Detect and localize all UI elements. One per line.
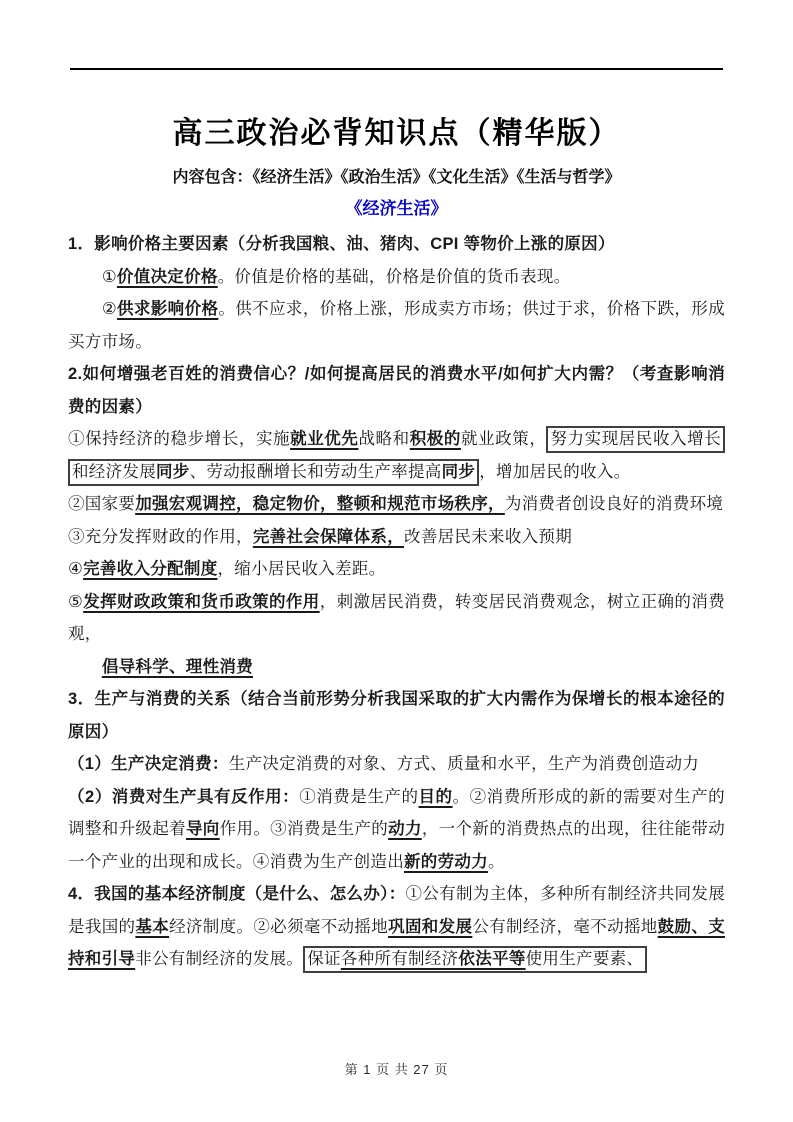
text-run: 。价值是价格的基础，价格是价值的货币表现。 — [218, 268, 571, 286]
paragraph: ③充分发挥财政的作用，完善社会保障体系，改善居民未来收入预期 — [68, 521, 725, 554]
paragraph: 4．我国的基本经济制度（是什么、怎么办）：①公有制为主体，多种所有制经济共同发展… — [68, 878, 725, 976]
text-run: ④ — [68, 560, 83, 578]
document-body: 1．影响价格主要因素（分析我国粮、油、猪肉、CPI 等物价上涨的原因）①价值决定… — [68, 228, 725, 976]
paragraph: ②供求影响价格。供不应求，价格上涨，形成卖方市场；供过于求，价格下跌，形成买方市… — [68, 293, 725, 358]
text-run: 巩固和发展 — [388, 918, 472, 936]
text-run: 作用。③消费是生产的 — [220, 820, 388, 838]
text-run: 同步 — [156, 463, 190, 481]
text-run: ②国家要 — [68, 495, 135, 513]
text-run: 供求影响价格 — [117, 300, 218, 318]
text-run: 目的 — [419, 788, 453, 806]
text-run: 。 — [488, 853, 505, 871]
text-run: ③充分发挥财政的作用， — [68, 528, 253, 546]
text-run: 2.如何增强老百姓的消费信心？/如何提高居民的消费水平/如何扩大内需？（考查影响… — [68, 365, 725, 416]
text-run: （2）消费对生产具有反作用： — [68, 788, 299, 806]
text-run: 4．我国的基本经济制度（是什么、怎么办）： — [68, 885, 406, 903]
document-page: 高三政治必背知识点（精华版） 内容包含：《经济生活》《政治生活》《文化生活》《生… — [0, 0, 793, 1122]
text-run: 积极的 — [410, 430, 461, 448]
section-heading: 《经济生活》 — [68, 194, 725, 224]
text-run: 改善居民未来收入预期 — [404, 528, 572, 546]
text-run: 完善社会保障体系， — [253, 528, 404, 546]
boxed-text: 保证各种所有制经济依法平等使用生产要素、 — [303, 946, 647, 973]
text-run: 、劳动报酬增长和劳动生产率提高 — [190, 463, 442, 481]
paragraph: ①价值决定价格。价值是价格的基础，价格是价值的货币表现。 — [68, 261, 725, 294]
text-run: 为消费者创设良好的消费环境 — [505, 495, 723, 513]
text-run: ① — [102, 268, 117, 286]
text-run: 新的劳动力 — [404, 853, 488, 871]
text-run: （1）生产决定消费： — [68, 755, 229, 773]
text-run: ，增加居民的收入。 — [479, 463, 630, 481]
text-run: ② — [102, 300, 117, 318]
text-run: 就业政策， — [461, 430, 546, 448]
text-run: 战略和 — [358, 430, 409, 448]
paragraph: （2）消费对生产具有反作用：①消费是生产的目的。②消费所形成的新的需要对生产的调… — [68, 781, 725, 879]
text-run: 发挥财政政策和货币政策的作用 — [83, 593, 320, 611]
text-run: 基本 — [135, 918, 169, 936]
text-run: ⑤ — [68, 593, 83, 611]
paragraph: 3．生产与消费的关系（结合当前形势分析我国采取的扩大内需作为保增长的根本途径的原… — [68, 683, 725, 748]
text-run: ，缩小居民收入差距。 — [218, 560, 386, 578]
text-run: 1．影响价格主要因素（分析我国粮、油、猪肉、CPI 等物价上涨的原因） — [68, 235, 615, 253]
paragraph: ①保持经济的稳步增长，实施就业优先战略和积极的就业政策，努力实现居民收入增长和经… — [68, 423, 725, 488]
paragraph: ②国家要加强宏观调控，稳定物价，整顿和规范市场秩序，为消费者创设良好的消费环境 — [68, 488, 725, 521]
text-run: 完善收入分配制度 — [83, 560, 217, 578]
text-run: 倡导科学、理性消费 — [102, 658, 253, 676]
text-run: 各种所有制经济 — [341, 950, 459, 968]
paragraph: 倡导科学、理性消费 — [68, 651, 725, 684]
text-run: 公有制经济，毫不动摇地 — [472, 918, 657, 936]
text-run: 就业优先 — [290, 430, 358, 448]
paragraph: 1．影响价格主要因素（分析我国粮、油、猪肉、CPI 等物价上涨的原因） — [68, 228, 725, 261]
page-number: 第 1 页 共 27 页 — [0, 1059, 793, 1078]
paragraph: 2.如何增强老百姓的消费信心？/如何提高居民的消费水平/如何扩大内需？（考查影响… — [68, 358, 725, 423]
text-run: ①保持经济的稳步增长，实施 — [68, 430, 290, 448]
text-run: 加强宏观调控，稳定物价，整顿和规范市场秩序， — [135, 495, 505, 513]
text-run: 非公有制经济的发展。 — [135, 950, 303, 968]
text-run: 使用生产要素、 — [526, 950, 644, 968]
text-run: ①消费是生产的 — [299, 788, 418, 806]
text-run: 3．生产与消费的关系（结合当前形势分析我国采取的扩大内需作为保增长的根本途径的原… — [68, 690, 725, 741]
text-run: 价值决定价格 — [117, 268, 218, 286]
text-run: 保证 — [307, 950, 341, 968]
text-run: 导向 — [186, 820, 220, 838]
text-run: 同步 — [442, 463, 476, 481]
paragraph: ⑤发挥财政政策和货币政策的作用，刺激居民消费，转变居民消费观念，树立正确的消费观… — [68, 586, 725, 651]
paragraph: （1）生产决定消费：生产决定消费的对象、方式、质量和水平，生产为消费创造动力 — [68, 748, 725, 781]
document-main: 高三政治必背知识点（精华版） 内容包含：《经济生活》《政治生活》《文化生活》《生… — [68, 100, 725, 976]
page-subtitle: 内容包含：《经济生活》《政治生活》《文化生活》《生活与哲学》 — [68, 162, 725, 192]
text-run: 经济制度。②必须毫不动摇地 — [169, 918, 388, 936]
page-title: 高三政治必背知识点（精华版） — [68, 112, 725, 156]
text-run: 生产决定消费的对象、方式、质量和水平，生产为消费创造动力 — [229, 755, 699, 773]
header-rule — [70, 68, 723, 70]
paragraph: ④完善收入分配制度，缩小居民收入差距。 — [68, 553, 725, 586]
text-run: 依法平等 — [458, 950, 525, 968]
text-run: 动力 — [388, 820, 422, 838]
